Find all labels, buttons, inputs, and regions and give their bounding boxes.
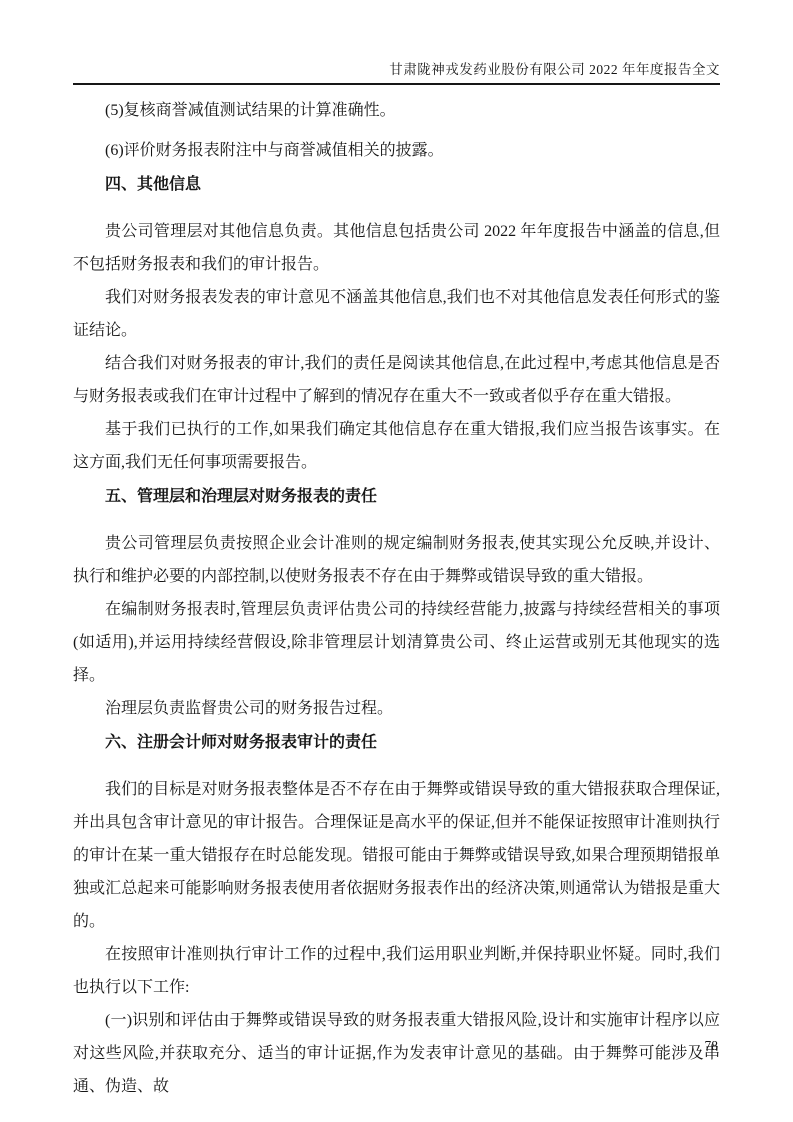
document-page: 甘肃陇神戎发药业股份有限公司 2022 年年度报告全文 (5)复核商誉减值测试结…: [0, 0, 793, 1122]
page-header: 甘肃陇神戎发药业股份有限公司 2022 年年度报告全文: [73, 0, 720, 85]
list-item-6: (6)评价财务报表附注中与商誉减值相关的披露。: [73, 134, 720, 167]
paragraph: 基于我们已执行的工作,如果我们确定其他信息存在重大错报,我们应当报告该事实。在这…: [73, 413, 720, 479]
running-header-title: 甘肃陇神戎发药业股份有限公司 2022 年年度报告全文: [389, 61, 720, 79]
section-heading-6: 六、注册会计师对财务报表审计的责任: [73, 726, 720, 759]
paragraph: 结合我们对财务报表的审计,我们的责任是阅读其他信息,在此过程中,考虑其他信息是否…: [73, 347, 720, 413]
paragraph: 我们对财务报表发表的审计意见不涵盖其他信息,我们也不对其他信息发表任何形式的鉴证…: [73, 281, 720, 347]
page-footer: 78: [705, 1037, 719, 1055]
paragraph: 贵公司管理层对其他信息负责。其他信息包括贵公司 2022 年年度报告中涵盖的信息…: [73, 215, 720, 281]
section-heading-5: 五、管理层和治理层对财务报表的责任: [73, 480, 720, 513]
paragraph: (一)识别和评估由于舞弊或错误导致的财务报表重大错报风险,设计和实施审计程序以应…: [73, 1004, 720, 1103]
paragraph: 在按照审计准则执行审计工作的过程中,我们运用职业判断,并保持职业怀疑。同时,我们…: [73, 938, 720, 1004]
list-item-5: (5)复核商誉减值测试结果的计算准确性。: [73, 94, 720, 127]
paragraph: 我们的目标是对财务报表整体是否不存在由于舞弊或错误导致的重大错报获取合理保证,并…: [73, 773, 720, 938]
page-body: (5)复核商誉减值测试结果的计算准确性。 (6)评价财务报表附注中与商誉减值相关…: [73, 81, 720, 1103]
paragraph: 治理层负责监督贵公司的财务报告过程。: [73, 692, 720, 725]
paragraph: 在编制财务报表时,管理层负责评估贵公司的持续经营能力,披露与持续经营相关的事项(…: [73, 593, 720, 692]
paragraph: 贵公司管理层负责按照企业会计准则的规定编制财务报表,使其实现公允反映,并设计、执…: [73, 527, 720, 593]
page-number: 78: [705, 1038, 719, 1053]
section-heading-4: 四、其他信息: [73, 168, 720, 201]
